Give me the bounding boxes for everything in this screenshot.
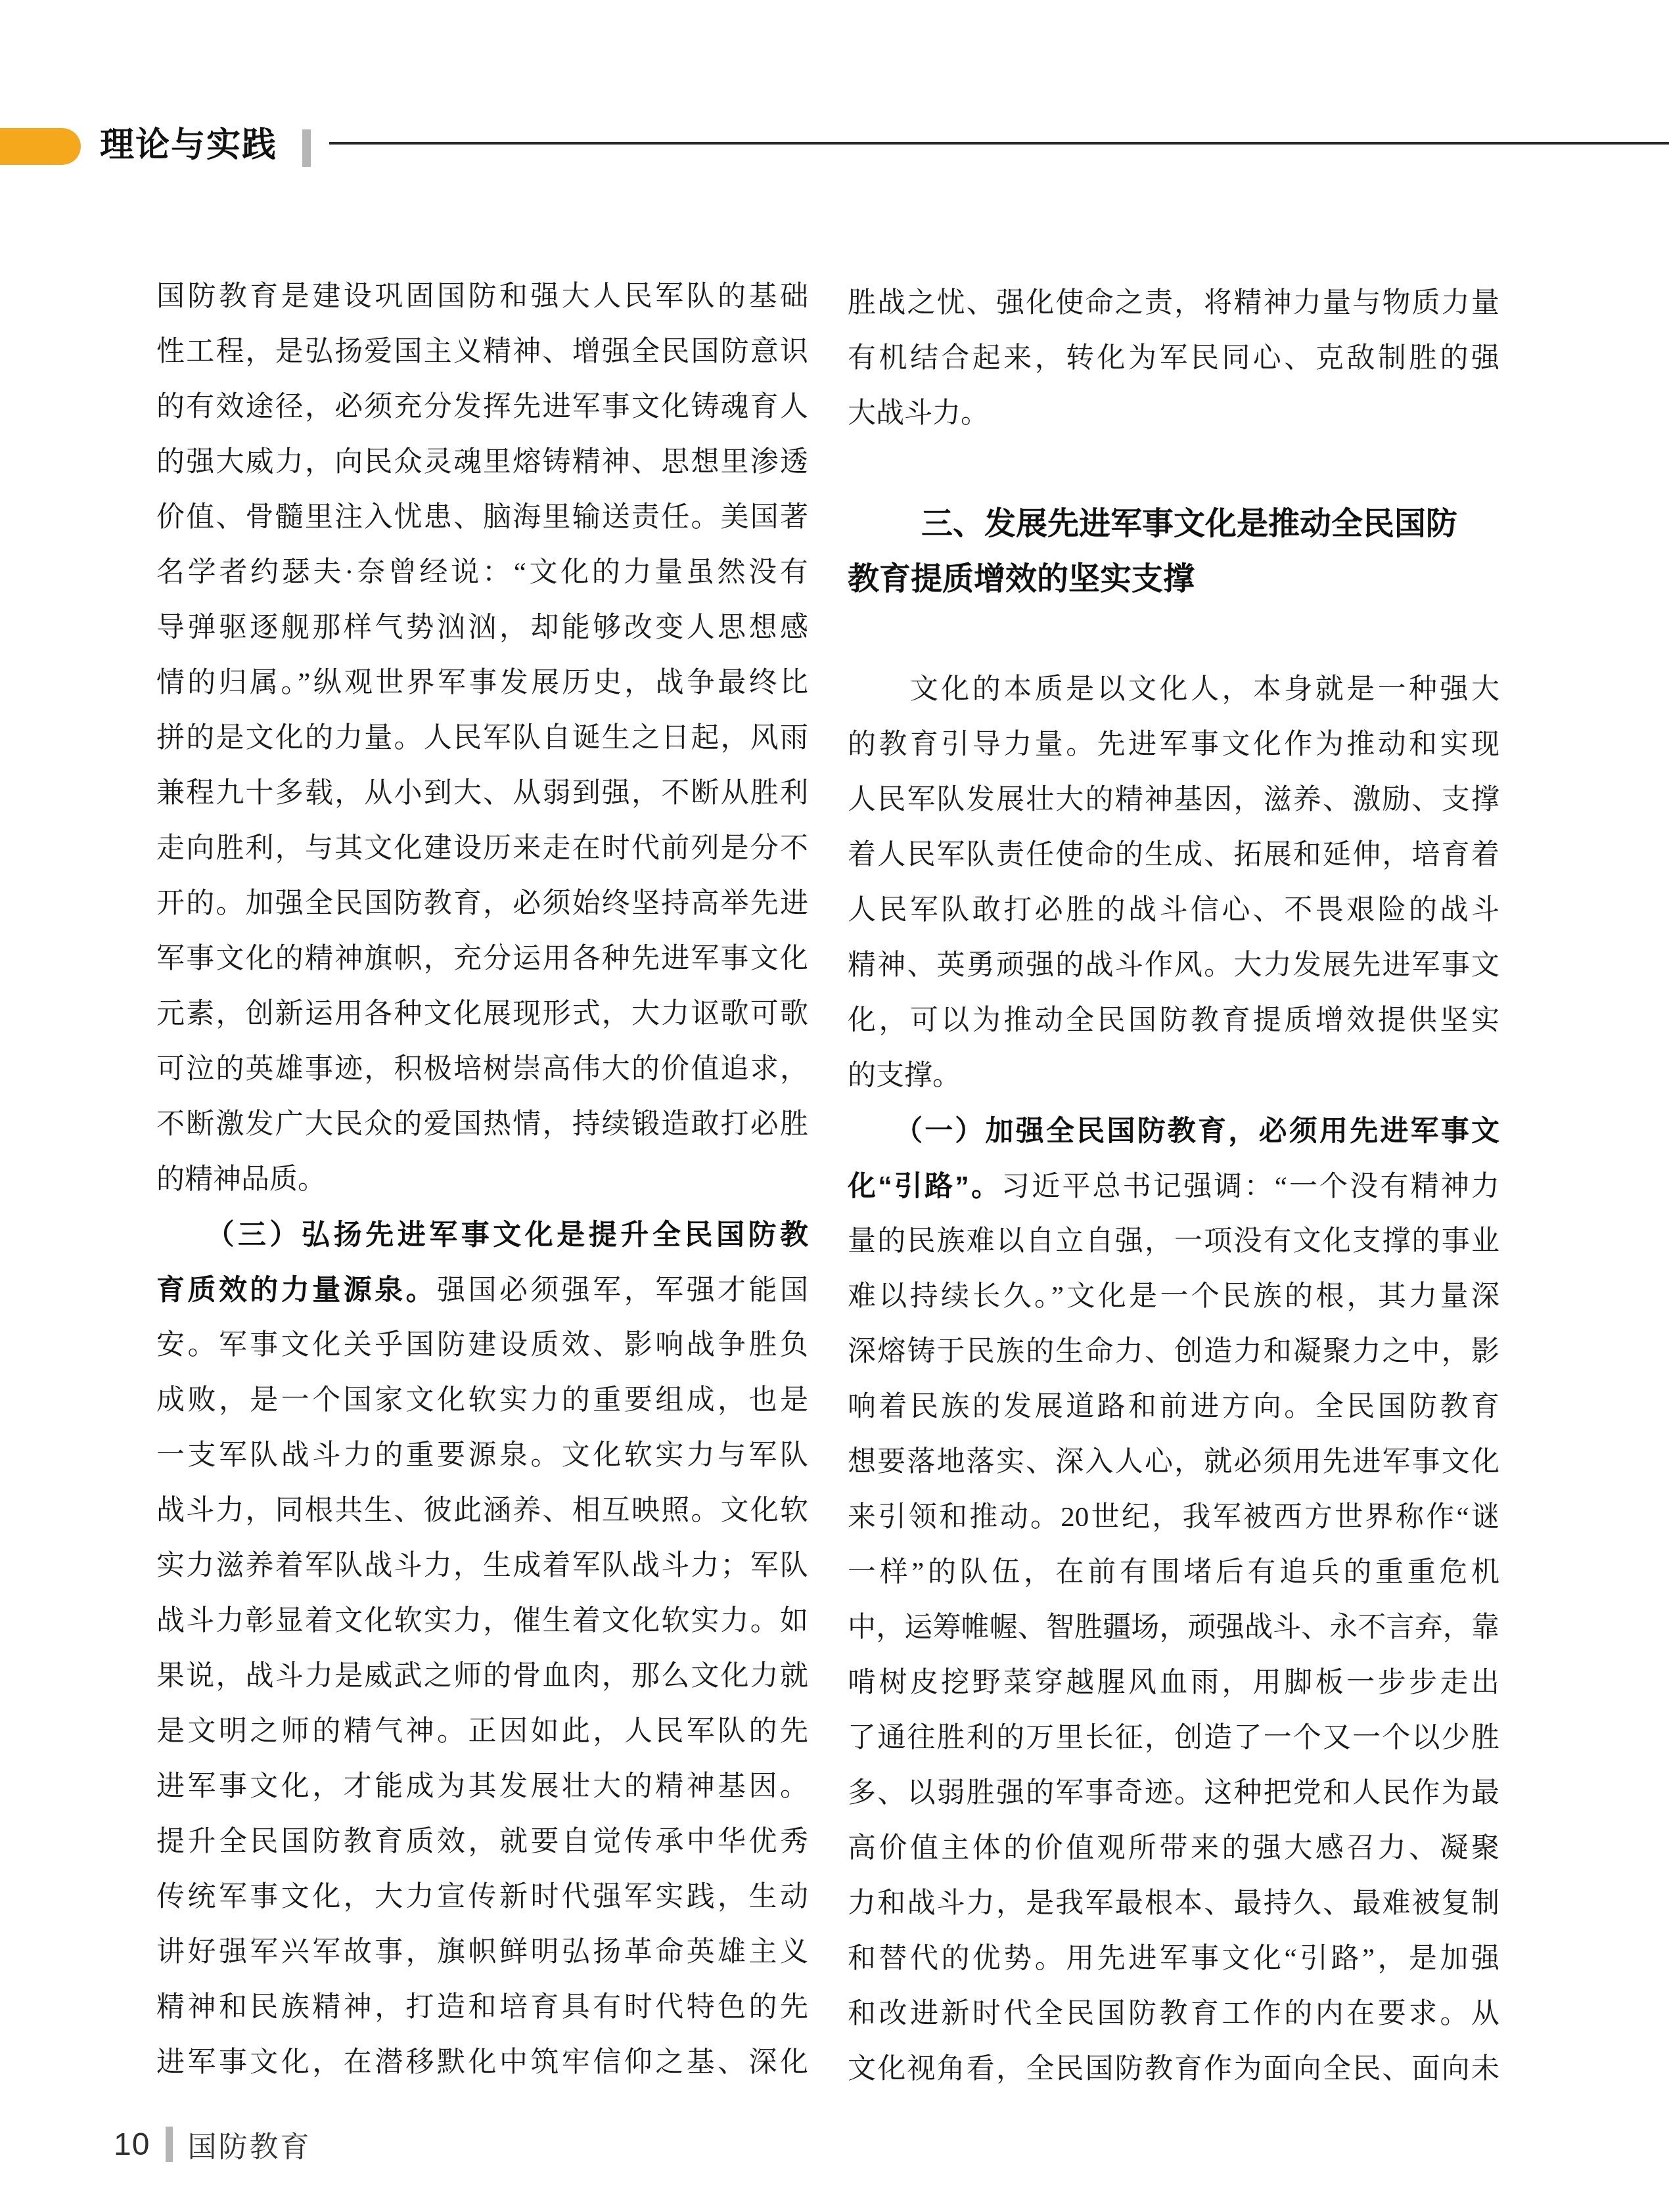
text-line: 拼的是文化的力量。人民军队自诞生之日起，风雨 xyxy=(156,711,808,766)
text-run: 的教育引导力量。先进军事文化作为推动和实现 xyxy=(848,729,1499,760)
section-title: 理论与实践 xyxy=(100,125,277,166)
text-run: 不断激发广大民众的爱国热情，持续锻造敢打必胜 xyxy=(156,1109,808,1140)
text-line: 大战斗力。 xyxy=(848,386,1499,441)
text-line: 性工程，是弘扬爱国主义精神、增强全民国防意识 xyxy=(156,325,808,380)
section-heading-line: 三、发展先进军事文化是推动全民国防 xyxy=(848,497,1499,552)
text-run: 胜战之忧、强化使命之责，将精神力量与物质力量 xyxy=(848,288,1499,319)
text-line: 想要落地落实、深入人心，就必须用先进军事文化 xyxy=(848,1435,1499,1490)
text-run: 讲好强军兴军故事，旗帜鲜明弘扬革命英雄主义 xyxy=(156,1937,808,1968)
header-divider-bar xyxy=(302,129,311,167)
text-run: 大战斗力。 xyxy=(848,398,989,429)
bold-run: 化“引路”。 xyxy=(848,1171,1001,1202)
text-line: 啃树皮挖野菜穿越腥风血雨，用脚板一步步走出 xyxy=(848,1656,1499,1711)
text-line: 战斗力，同根共生、彼此涵养、相互映照。文化软 xyxy=(156,1483,808,1539)
text-line: 高价值主体的价值观所带来的强大感召力、凝聚 xyxy=(848,1821,1499,1876)
text-line: 果说，战斗力是威武之师的骨血肉，那么文化力就 xyxy=(156,1649,808,1704)
bold-run: 育质效的力量源泉。 xyxy=(156,1275,437,1306)
text-line xyxy=(848,441,1499,497)
text-line: 人民军队发展壮大的精神基因，滋养、激励、支撑 xyxy=(848,773,1499,828)
text-run: 进军事文化，才能成为其发展壮大的精神基因。 xyxy=(156,1771,808,1802)
text-run: 着人民军队责任使命的生成、拓展和延伸，培育着 xyxy=(848,840,1499,870)
text-run: 实力滋养着军队战斗力，生成着军队战斗力；军队 xyxy=(156,1550,808,1581)
text-run: 中，运筹帷幄、智胜疆场，顽强战斗、永不言弃，靠 xyxy=(848,1612,1499,1643)
text-run: 强国必须强军，军强才能国 xyxy=(437,1275,808,1306)
text-line: 中，运筹帷幄、智胜疆场，顽强战斗、永不言弃，靠 xyxy=(848,1600,1499,1656)
text-line: （三）弘扬先进军事文化是提升全民国防教 xyxy=(156,1208,808,1263)
text-run: 情的归属。”纵观世界军事发展历史，战争最终比 xyxy=(156,667,808,698)
text-line: （一）加强全民国防教育，必须用先进军事文 xyxy=(848,1104,1499,1159)
journal-title: 国防教育 xyxy=(187,2123,311,2165)
text-run: 化，可以为推动全民国防教育提质增效提供坚实 xyxy=(848,1005,1499,1036)
text-run: 高价值主体的价值观所带来的强大感召力、凝聚 xyxy=(848,1833,1499,1864)
text-run: 精神和民族精神，打造和培育具有时代特色的先 xyxy=(156,1992,808,2023)
text-run: 元素，创新运用各种文化展现形式，大力讴歌可歌 xyxy=(156,999,808,1029)
text-line: 走向胜利，与其文化建设历来走在时代前列是分不 xyxy=(156,821,808,876)
magazine-page: 理论与实践 国防教育是建设巩固国防和强大人民军队的基础性工程，是弘扬爱国主义精神… xyxy=(0,0,1669,2212)
text-run: 来引领和推动。20世纪，我军被西方世界称作“谜 xyxy=(848,1502,1499,1533)
text-line: 传统军事文化，大力宣传新时代强军实践，生动 xyxy=(156,1870,808,1925)
text-run: 了通往胜利的万里长征，创造了一个又一个以少胜 xyxy=(848,1723,1499,1753)
text-line: 国防教育是建设巩固国防和强大人民军队的基础 xyxy=(156,269,808,325)
text-run: 量的民族难以自立自强，一项没有文化支撑的事业 xyxy=(848,1226,1499,1257)
text-run: 习近平总书记强调：“一个没有精神力 xyxy=(1001,1171,1499,1202)
text-run: 一支军队战斗力的重要源泉。文化软实力与军队 xyxy=(156,1440,808,1471)
text-run: 人民军队发展壮大的精神基因，滋养、激励、支撑 xyxy=(848,784,1499,815)
text-line: 情的归属。”纵观世界军事发展历史，战争最终比 xyxy=(156,656,808,711)
text-line: 一支军队战斗力的重要源泉。文化软实力与军队 xyxy=(156,1428,808,1483)
text-line: 讲好强军兴军故事，旗帜鲜明弘扬革命英雄主义 xyxy=(156,1925,808,1980)
text-line: 来引领和推动。20世纪，我军被西方世界称作“谜 xyxy=(848,1490,1499,1545)
text-run: 想要落地落实、深入人心，就必须用先进军事文化 xyxy=(848,1447,1499,1478)
text-line: 的精神品质。 xyxy=(156,1152,808,1208)
text-run: 啃树皮挖野菜穿越腥风血雨，用脚板一步步走出 xyxy=(848,1667,1499,1698)
text-run: 人民军队敢打必胜的战斗信心、不畏艰险的战斗 xyxy=(848,895,1499,926)
text-line: 多、以弱胜强的军事奇迹。这种把党和人民作为最 xyxy=(848,1766,1499,1821)
text-run: 性工程，是弘扬爱国主义精神、增强全民国防意识 xyxy=(156,336,808,367)
text-line: 价值、骨髓里注入忧患、脑海里输送责任。美国著 xyxy=(156,490,808,545)
text-run: 响着民族的发展道路和前进方向。全民国防教育 xyxy=(848,1391,1499,1422)
text-line: 名学者约瑟夫·奈曾经说：“文化的力量虽然没有 xyxy=(156,545,808,600)
text-line: 的有效途径，必须充分发挥先进军事文化铸魂育人 xyxy=(156,380,808,435)
text-line: 不断激发广大民众的爱国热情，持续锻造敢打必胜 xyxy=(156,1097,808,1152)
text-line: 难以持续长久。”文化是一个民族的根，其力量深 xyxy=(848,1269,1499,1324)
text-line: 兼程九十多载，从小到大、从弱到强，不断从胜利 xyxy=(156,766,808,821)
text-run: 难以持续长久。”文化是一个民族的根，其力量深 xyxy=(848,1281,1499,1312)
left-column: 国防教育是建设巩固国防和强大人民军队的基础性工程，是弘扬爱国主义精神、增强全民国… xyxy=(156,269,808,2090)
text-run: 安。军事文化关乎国防建设质效、影响战争胜负 xyxy=(156,1330,808,1361)
text-line: 化，可以为推动全民国防教育提质增效提供坚实 xyxy=(848,993,1499,1049)
text-run: 力和战斗力，是我军最根本、最持久、最难被复制 xyxy=(848,1888,1499,1919)
text-run: 有机结合起来，转化为军民同心、克敌制胜的强 xyxy=(848,343,1499,374)
text-run: 价值、骨髓里注入忧患、脑海里输送责任。美国著 xyxy=(156,502,808,533)
text-line: 了通往胜利的万里长征，创造了一个又一个以少胜 xyxy=(848,1711,1499,1766)
page-number: 10 xyxy=(114,2127,150,2163)
text-run: 名学者约瑟夫·奈曾经说：“文化的力量虽然没有 xyxy=(156,557,808,588)
text-line: 成败，是一个国家文化软实力的重要组成，也是 xyxy=(156,1373,808,1428)
text-line: 量的民族难以自立自强，一项没有文化支撑的事业 xyxy=(848,1214,1499,1269)
text-run: 精神、英勇顽强的战斗作风。大力发展先进军事文 xyxy=(848,950,1499,981)
text-line: 响着民族的发展道路和前进方向。全民国防教育 xyxy=(848,1380,1499,1435)
text-line: 实力滋养着军队战斗力，生成着军队战斗力；军队 xyxy=(156,1539,808,1594)
accent-lozenge xyxy=(0,128,81,165)
text-line: 提升全民国防教育质效，就要自觉传承中华优秀 xyxy=(156,1815,808,1870)
text-line: 安。军事文化关乎国防建设质效、影响战争胜负 xyxy=(156,1318,808,1373)
text-run: 战斗力，同根共生、彼此涵养、相互映照。文化软 xyxy=(156,1495,808,1526)
text-run: 走向胜利，与其文化建设历来走在时代前列是分不 xyxy=(156,833,808,864)
section-heading-line: 教育提质增效的坚实支撑 xyxy=(848,552,1499,607)
text-line: 育质效的力量源泉。强国必须强军，军强才能国 xyxy=(156,1263,808,1318)
text-run: 拼的是文化的力量。人民军队自诞生之日起，风雨 xyxy=(156,723,808,754)
text-run: 文化视角看，全民国防教育作为面向全民、面向未 xyxy=(848,2054,1499,2085)
text-run: 和改进新时代全民国防教育工作的内在要求。从 xyxy=(848,1998,1499,2029)
text-line: 进军事文化，才能成为其发展壮大的精神基因。 xyxy=(156,1759,808,1815)
text-line: 和改进新时代全民国防教育工作的内在要求。从 xyxy=(848,1987,1499,2042)
text-line: 和替代的优势。用先进军事文化“引路”，是加强 xyxy=(848,1931,1499,1987)
bold-run: （三）弘扬先进军事文化是提升全民国防教 xyxy=(156,1219,808,1251)
text-run: 教育提质增效的坚实支撑 xyxy=(848,562,1195,597)
text-line: 元素，创新运用各种文化展现形式，大力讴歌可歌 xyxy=(156,987,808,1042)
text-run: 的支撑。 xyxy=(848,1060,961,1091)
text-run: 文化的本质是以文化人，本身就是一种强大 xyxy=(848,674,1499,705)
text-line: 导弹驱逐舰那样气势汹汹，却能够改变人思想感 xyxy=(156,600,808,656)
text-run: 深熔铸于民族的生命力、创造力和凝聚力之中，影 xyxy=(848,1336,1499,1367)
text-line: 精神和民族精神，打造和培育具有时代特色的先 xyxy=(156,1980,808,2035)
text-line xyxy=(848,607,1499,662)
text-line: 的教育引导力量。先进军事文化作为推动和实现 xyxy=(848,717,1499,773)
text-run: 一样”的队伍，在前有围堵后有追兵的重重危机 xyxy=(848,1557,1499,1588)
text-line: 一样”的队伍，在前有围堵后有追兵的重重危机 xyxy=(848,1545,1499,1600)
text-run: 开的。加强全民国防教育，必须始终坚持高举先进 xyxy=(156,888,808,919)
text-line: 战斗力彰显着文化软实力，催生着文化软实力。如 xyxy=(156,1594,808,1649)
text-line: 文化视角看，全民国防教育作为面向全民、面向未 xyxy=(848,2042,1499,2097)
text-line: 人民军队敢打必胜的战斗信心、不畏艰险的战斗 xyxy=(848,883,1499,938)
text-run: 的有效途径，必须充分发挥先进军事文化铸魂育人 xyxy=(156,392,808,422)
text-line: 精神、英勇顽强的战斗作风。大力发展先进军事文 xyxy=(848,938,1499,993)
text-line: 力和战斗力，是我军最根本、最持久、最难被复制 xyxy=(848,1876,1499,1931)
header-rule xyxy=(329,142,1669,145)
text-line: 有机结合起来，转化为军民同心、克敌制胜的强 xyxy=(848,331,1499,386)
text-run: 的精神品质。 xyxy=(156,1164,326,1195)
text-run: 果说，战斗力是威武之师的骨血肉，那么文化力就 xyxy=(156,1661,808,1692)
text-line: 着人民军队责任使命的生成、拓展和延伸，培育着 xyxy=(848,828,1499,883)
page-footer: 10 国防教育 xyxy=(114,2123,311,2165)
footer-divider-bar xyxy=(166,2127,173,2162)
text-run: 和替代的优势。用先进军事文化“引路”，是加强 xyxy=(848,1943,1499,1974)
text-run: 的强大威力，向民众灵魂里熔铸精神、思想里渗透 xyxy=(156,447,808,478)
text-run: 军事文化的精神旗帜，充分运用各种先进军事文化 xyxy=(156,943,808,974)
right-column: 胜战之忧、强化使命之责，将精神力量与物质力量有机结合起来，转化为军民同心、克敌制… xyxy=(848,276,1499,2097)
text-line: 开的。加强全民国防教育，必须始终坚持高举先进 xyxy=(156,876,808,932)
text-line: 文化的本质是以文化人，本身就是一种强大 xyxy=(848,662,1499,717)
bold-run: （一）加强全民国防教育，必须用先进军事文 xyxy=(848,1116,1499,1147)
text-run: 国防教育是建设巩固国防和强大人民军队的基础 xyxy=(156,281,808,312)
text-run: 多、以弱胜强的军事奇迹。这种把党和人民作为最 xyxy=(848,1778,1499,1809)
text-line: 胜战之忧、强化使命之责，将精神力量与物质力量 xyxy=(848,276,1499,331)
text-run: 战斗力彰显着文化软实力，催生着文化软实力。如 xyxy=(156,1606,808,1636)
text-line: 可泣的英雄事迹，积极培树崇高伟大的价值追求， xyxy=(156,1042,808,1097)
text-run: 是文明之师的精气神。正因如此，人民军队的先 xyxy=(156,1716,808,1747)
text-run: 导弹驱逐舰那样气势汹汹，却能够改变人思想感 xyxy=(156,612,808,643)
text-line: 进军事文化，在潜移默化中筑牢信仰之基、深化 xyxy=(156,2035,808,2090)
text-run: 三、发展先进军事文化是推动全民国防 xyxy=(921,507,1457,541)
text-line: 军事文化的精神旗帜，充分运用各种先进军事文化 xyxy=(156,932,808,987)
text-run: 兼程九十多载，从小到大、从弱到强，不断从胜利 xyxy=(156,778,808,809)
text-run: 提升全民国防教育质效，就要自觉传承中华优秀 xyxy=(156,1826,808,1857)
text-line: 深熔铸于民族的生命力、创造力和凝聚力之中，影 xyxy=(848,1324,1499,1380)
text-run: 成败，是一个国家文化软实力的重要组成，也是 xyxy=(156,1385,808,1416)
text-run: 可泣的英雄事迹，积极培树崇高伟大的价值追求， xyxy=(156,1054,808,1085)
text-run: 传统军事文化，大力宣传新时代强军实践，生动 xyxy=(156,1882,808,1912)
text-line: 是文明之师的精气神。正因如此，人民军队的先 xyxy=(156,1704,808,1759)
text-run: 进军事文化，在潜移默化中筑牢信仰之基、深化 xyxy=(156,2047,808,2078)
text-line: 的强大威力，向民众灵魂里熔铸精神、思想里渗透 xyxy=(156,435,808,490)
text-line: 化“引路”。习近平总书记强调：“一个没有精神力 xyxy=(848,1159,1499,1214)
text-line: 的支撑。 xyxy=(848,1049,1499,1104)
